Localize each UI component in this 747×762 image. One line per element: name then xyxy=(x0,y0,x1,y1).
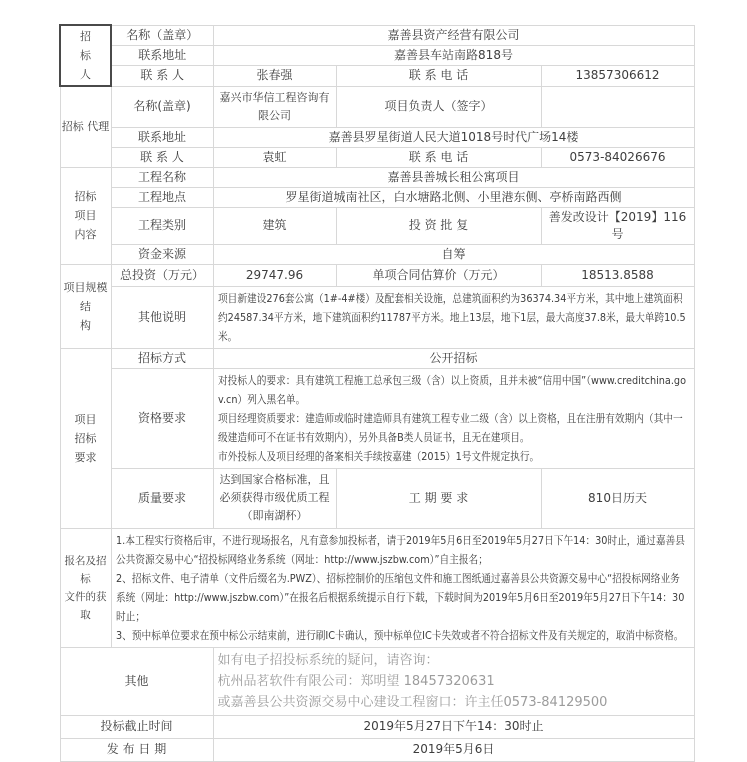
bidder-contact-label: 联 系 人 xyxy=(111,66,213,86)
qualification-value: 对投标人的要求：具有建筑工程施工总承包三级（含）以上资质，且并未被“信用中国”（… xyxy=(213,368,694,468)
other-notes-label: 其他说明 xyxy=(111,286,213,348)
agent-contact-value: 袁虹 xyxy=(213,147,336,167)
agent-address-value: 嘉善县罗星街道人民大道1018号时代广场14楼 xyxy=(213,127,694,147)
agent-manager-label: 项目负责人（签字） xyxy=(336,86,541,127)
others-line: 杭州品茗软件有限公司：郑明望 18457320631 xyxy=(218,671,690,678)
project-location-label: 工程地点 xyxy=(111,187,213,207)
requirements-section-cell: 项目 招标 要求 xyxy=(60,348,111,528)
total-investment-value: 29747.96 xyxy=(213,264,336,286)
contract-estimate-label: 单项合同估算价（万元） xyxy=(336,264,541,286)
qualification-label: 资格要求 xyxy=(111,368,213,468)
bidder-phone-label: 联 系 电 话 xyxy=(336,66,541,86)
bidder-contact-value: 张春强 xyxy=(213,66,336,86)
scale-section-cell: 项目规模结 构 xyxy=(60,264,111,348)
other-notes-value: 项目新建设276套公寓（1#-4#楼）及配套相关设施，总建筑面积约为36374.… xyxy=(213,286,694,348)
agent-section-cell: 招标 代理 xyxy=(60,86,111,167)
investment-approval-label: 投 资 批 复 xyxy=(336,207,541,244)
agent-contact-label: 联 系 人 xyxy=(111,147,213,167)
bidder-name-value: 嘉善县资产经营有限公司 xyxy=(213,25,694,45)
qualification-paragraph: 市外投标人及项目经理的备案相关手续按嘉建（2015）1号文件规定执行。 xyxy=(218,447,689,466)
others-content: 如有电子招投标系统的疑问，请咨询： 杭州品茗软件有限公司：郑明望 1845732… xyxy=(213,647,694,677)
bidder-address-label: 联系地址 xyxy=(111,45,213,65)
quality-label: 质量要求 xyxy=(111,468,213,528)
bidder-phone-value: 13857306612 xyxy=(541,66,694,86)
agent-manager-value xyxy=(541,86,694,127)
project-name-value: 嘉善县善城长租公寓项目 xyxy=(213,167,694,187)
registration-section-cell: 报名及招标 文件的获取 xyxy=(60,528,111,647)
contract-estimate-value: 18513.8588 xyxy=(541,264,694,286)
project-category-label: 工程类别 xyxy=(111,207,213,244)
bid-announcement-document: 招 标 人 名称（盖章） 嘉善县资产经营有限公司 联系地址 嘉善县车站南路818… xyxy=(59,24,695,677)
bidder-address-value: 嘉善县车站南路818号 xyxy=(213,45,694,65)
agent-phone-value: 0573-84026676 xyxy=(541,147,694,167)
agent-name-value: 嘉兴市华信工程咨询有限公司 xyxy=(213,86,336,127)
duration-label: 工 期 要 求 xyxy=(336,468,541,528)
bidder-name-label: 名称（盖章） xyxy=(111,25,213,45)
others-line: 如有电子招投标系统的疑问，请咨询： xyxy=(218,650,690,671)
bid-method-label: 招标方式 xyxy=(111,348,213,368)
total-investment-label: 总投资（万元） xyxy=(111,264,213,286)
project-content-section-cell: 招标 项目 内容 xyxy=(60,167,111,264)
other-notes-text: 项目新建设276套公寓（1#-4#楼）及配套相关设施，总建筑面积约为36374.… xyxy=(218,289,689,346)
bid-method-value: 公开招标 xyxy=(213,348,694,368)
agent-phone-label: 联 系 电 话 xyxy=(336,147,541,167)
registration-content: 1.本工程实行资格后审，不进行现场报名，凡有意参加投标者，请于2019年5月6日… xyxy=(111,528,694,647)
agent-name-label: 名称(盖章) xyxy=(111,86,213,127)
funding-source-label: 资金来源 xyxy=(111,244,213,264)
others-label: 其他 xyxy=(60,647,213,677)
duration-value: 810日历天 xyxy=(541,468,694,528)
project-name-label: 工程名称 xyxy=(111,167,213,187)
funding-source-value: 自筹 xyxy=(213,244,694,264)
registration-paragraph: 1.本工程实行资格后审，不进行现场报名，凡有意参加投标者，请于2019年5月6日… xyxy=(116,531,689,569)
agent-address-label: 联系地址 xyxy=(111,127,213,147)
bid-announcement-table: 招 标 人 名称（盖章） 嘉善县资产经营有限公司 联系地址 嘉善县车站南路818… xyxy=(59,24,695,677)
project-location-value: 罗星街道城南社区，白水塘路北侧、小里港东侧、亭桥南路西侧 xyxy=(213,187,694,207)
qualification-paragraph: 项目经理资质要求：建造师或临时建造师具有建筑工程专业二级（含）以上资格，且在注册… xyxy=(218,409,689,447)
qualification-paragraph: 对投标人的要求：具有建筑工程施工总承包三级（含）以上资质，且并未被“信用中国”（… xyxy=(218,371,689,409)
registration-paragraph: 2、招标文件、电子清单（文件后缀名为.PWZ）、招标控制价的压缩包文件和施工图纸… xyxy=(116,569,689,626)
quality-value: 达到国家合格标准，且必须获得市级优质工程（即南湖杯） xyxy=(213,468,336,528)
bidder-section-cell: 招 标 人 xyxy=(60,25,111,86)
investment-approval-value: 善发改设计【2019】116号 xyxy=(541,207,694,244)
project-category-value: 建筑 xyxy=(213,207,336,244)
registration-paragraph: 3、预中标单位要求在预中标公示结束前，进行刷IC卡确认，预中标单位IC卡失效或者… xyxy=(116,626,689,645)
